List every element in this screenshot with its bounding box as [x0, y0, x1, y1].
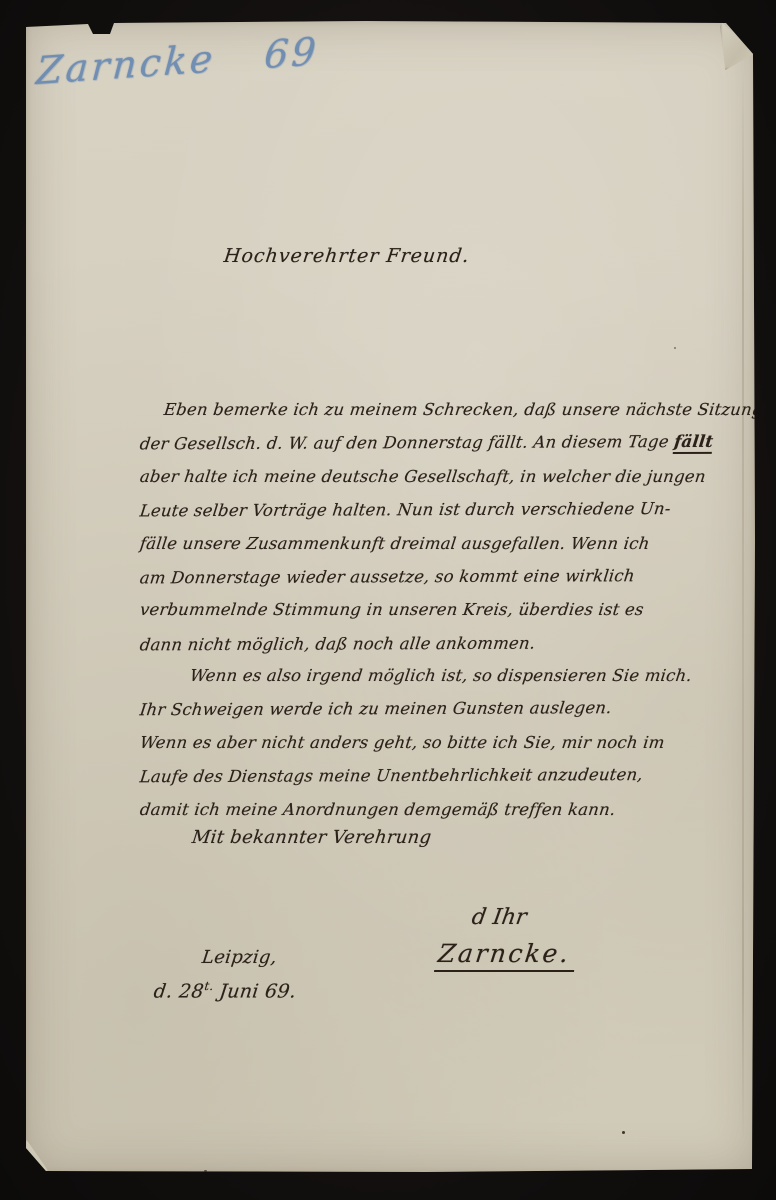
date-month-year: Juni 69. [212, 980, 298, 1002]
dog-ear-bottom-left [26, 1139, 49, 1172]
body-paragraph-1: Eben bemerke ich zu meinem Schrecken, da… [140, 393, 763, 660]
body-line: dann nicht möglich, daß noch alle ankomm… [138, 625, 765, 661]
body-line: Ihr Schweigen werde ich zu meinen Gunste… [138, 691, 694, 727]
dog-ear-top-right [720, 22, 754, 70]
archival-note: Zarncke 69 [35, 29, 320, 93]
body-line: am Donnerstage wieder aussetze, so kommt… [138, 559, 765, 595]
underlined-word: fällt [673, 432, 715, 454]
body-line: Wenn es aber nicht anders geht, so bitte… [138, 726, 694, 759]
paper-speck [204, 1170, 207, 1172]
paper-speck [622, 1131, 625, 1134]
body-line: der Gesellsch. d. W. auf den Donnerstag … [138, 425, 765, 461]
date-day: d. 28 [153, 980, 206, 1002]
signature-prefix: d Ihr [434, 905, 578, 930]
photo-backdrop: Zarncke 69 Hochverehrter Freund. Eben be… [0, 0, 776, 1200]
closing-formula: Mit bekannter Verehrung [191, 827, 433, 848]
dateline-date: d. 28t. Juni 69. [153, 979, 298, 1002]
body-line: fälle unsere Zusammenkunft dreimal ausge… [138, 527, 765, 560]
body-line: Laufe des Dienstags meine Unentbehrlichk… [138, 758, 694, 794]
paper-speck [674, 347, 676, 349]
body-line: verbummelnde Stimmung in unseren Kreis, … [138, 593, 765, 626]
body-line: damit ich meine Anordnungen demgemäß tre… [138, 793, 694, 826]
salutation: Hochverehrter Freund. [223, 245, 471, 267]
body-line-text: der Gesellsch. d. W. auf den Donnerstag … [139, 432, 670, 453]
archival-note-number: 69 [263, 29, 320, 77]
signature-name: Zarncke. [434, 939, 578, 972]
body-paragraph-2: Wenn es also irgend möglich ist, so disp… [140, 659, 692, 826]
signature-block: d Ihr Zarncke. [436, 905, 576, 972]
dateline-place: Leipzig, [201, 947, 278, 968]
archival-note-name: Zarncke [35, 36, 217, 93]
body-line: Wenn es also irgend möglich ist, so disp… [138, 659, 694, 692]
body-line: Leute selber Vorträge halten. Nun ist du… [138, 492, 765, 528]
body-line: Eben bemerke ich zu meinem Schrecken, da… [138, 393, 765, 426]
letter-page: Zarncke 69 Hochverehrter Freund. Eben be… [26, 21, 755, 1173]
body-line: aber halte ich meine deutsche Gesellscha… [138, 460, 765, 493]
